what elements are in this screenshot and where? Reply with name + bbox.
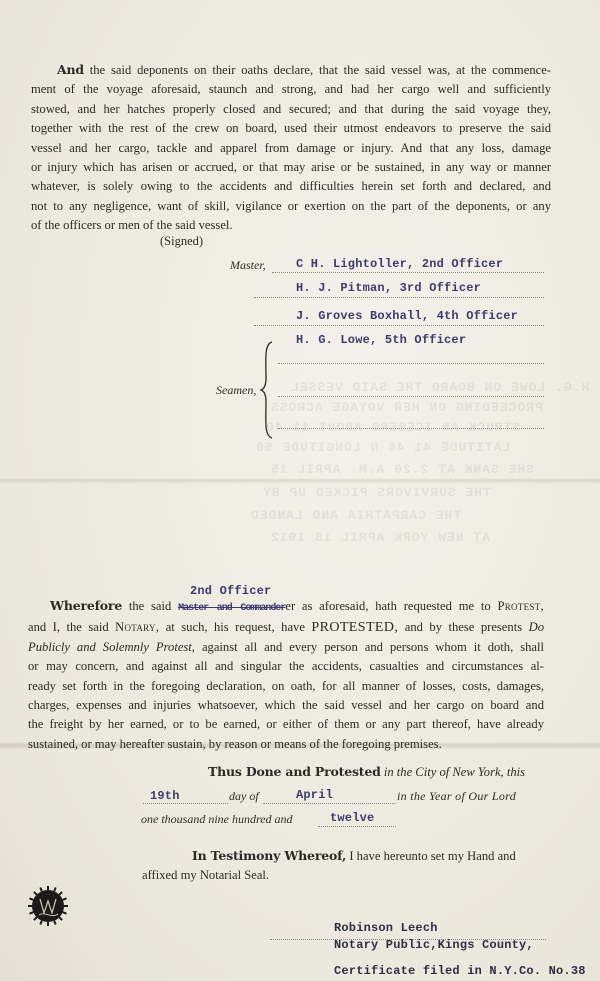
bleed-through-text: LATITUDE 41 46 N LONGITUDE 50 — [255, 440, 510, 455]
testimony-line: In Testimony Whereof, I have hereunto se… — [192, 848, 516, 864]
paragraph-line: stowed, and her hatches properly closed … — [31, 100, 551, 119]
blackletter-lead: In Testimony Whereof, — [192, 848, 346, 863]
bleed-through-text: AT NEW YORK APRIL 18 1912 — [270, 530, 490, 545]
signature-line — [254, 297, 544, 298]
notary-title: Notary Public,Kings County, — [334, 938, 534, 952]
paragraph-line: or may concern, and against all and sing… — [28, 657, 544, 676]
signature-line — [272, 272, 544, 273]
notary-word: Notary, — [115, 620, 159, 634]
signed-label: (Signed) — [160, 234, 203, 249]
paragraph-line: Publicly and Solemnly Protest, against a… — [28, 638, 544, 657]
blackletter-lead: Thus Done and Protested — [208, 764, 381, 779]
day-value: 19th — [150, 789, 180, 803]
line-text: and by these presents — [405, 620, 522, 634]
year-prefix-label: one thousand nine hundred and — [141, 812, 293, 827]
protested-word: PROTESTED, — [311, 620, 398, 635]
master-label: Master, — [230, 258, 266, 273]
signatory-lightoller: C H. Lightoller, 2nd Officer — [296, 257, 503, 271]
paragraph-line: ready set forth in the foregoing declara… — [28, 677, 544, 696]
italic-text: in the City of New York, this — [384, 765, 525, 779]
year-line — [318, 826, 396, 827]
line-text: the said — [129, 599, 171, 613]
paragraph-line: ment of the voyage aforesaid, staunch an… — [31, 80, 551, 99]
blackletter-lead: And — [57, 62, 84, 77]
done-line: Thus Done and Protested in the City of N… — [208, 764, 525, 780]
signatory-boxhall: J. Groves Boxhall, 4th Officer — [296, 309, 518, 323]
year-of-lord-label: in the Year of Our Lord — [397, 789, 516, 804]
bleed-through-text: H.G. LOWE ON BOARD THE SAID VESSEL — [290, 380, 589, 395]
line-text: and I, the said — [28, 620, 109, 634]
bleed-through-text: PROCEEDING ON HER VOYAGE ACROSS — [270, 400, 543, 415]
bleed-through-text: THE SURVIVORS PICKED UP BY — [262, 485, 491, 500]
paragraph-line: not to any negligence, want of skill, vi… — [31, 197, 551, 216]
bleed-through-text: THE CARPATHIA AND LANDED — [250, 508, 461, 523]
signature-line — [278, 428, 544, 429]
blackletter-lead: Wherefore — [50, 598, 122, 613]
paragraph-line: Wherefore the said Master and Commandere… — [28, 596, 544, 618]
signatory-pitman: H. J. Pitman, 3rd Officer — [296, 281, 481, 295]
paragraph-line: of the officers or men of the said vesse… — [31, 216, 551, 235]
month-line — [263, 803, 395, 804]
testimony-line-2: affixed my Notarial Seal. — [142, 868, 269, 883]
line-text: er as aforesaid, hath requested me to — [285, 599, 490, 613]
notary-certificate: Certificate filed in N.Y.Co. No.38 — [334, 964, 586, 978]
year-value: twelve — [330, 811, 374, 825]
italic-text: Publicly and Solemnly Protest, — [28, 640, 195, 654]
month-value: April — [296, 788, 333, 802]
day-line — [143, 803, 228, 804]
seamen-label: Seamen, — [216, 383, 256, 398]
paragraph-line: vessel and her cargo, tackle and apparel… — [31, 139, 551, 158]
paragraph-line: or injury which has arisen or accrued, o… — [31, 158, 551, 177]
signatory-lowe: H. G. Lowe, 5th Officer — [296, 333, 466, 347]
paragraph-line: And the said deponents on their oaths de… — [31, 60, 551, 80]
notary-name: Robinson Leech — [334, 921, 438, 935]
notarial-seal-icon — [27, 885, 69, 927]
paragraph-line: charges, expenses and injuries whatsoeve… — [28, 696, 544, 715]
curly-brace-icon — [260, 340, 274, 440]
signature-line — [254, 325, 544, 326]
declaration-paragraph: And the said deponents on their oaths de… — [31, 60, 551, 236]
day-of-label: day of — [229, 789, 259, 804]
italic-text: Do — [529, 620, 544, 634]
paragraph-line: whatever, is solely owing to the acciden… — [31, 177, 551, 196]
paragraph-line: sustained, or may hereafter sustain, by … — [28, 735, 544, 754]
signature-line — [278, 363, 544, 364]
protest-word: Protest, — [497, 599, 544, 613]
paragraph-line: together with the rest of the crew on bo… — [31, 119, 551, 138]
line-text: the said deponents on their oaths declar… — [90, 63, 551, 77]
signature-line — [278, 396, 544, 397]
line-text: at such, his request, have — [166, 620, 305, 634]
line-text: against all and every person and persons… — [202, 640, 544, 654]
struck-out-text: Master and Commander — [178, 603, 285, 614]
protest-paragraph: Wherefore the said Master and Commandere… — [28, 596, 544, 754]
line-text: I have hereunto set my Hand and — [349, 849, 515, 863]
bleed-through-text: SHE SANK AT 2.20 A.M. APRIL 15 — [270, 462, 534, 477]
paragraph-line: and I, the said Notary, at such, his req… — [28, 618, 544, 637]
paragraph-line: the freight by her earned, or to be earn… — [28, 715, 544, 734]
